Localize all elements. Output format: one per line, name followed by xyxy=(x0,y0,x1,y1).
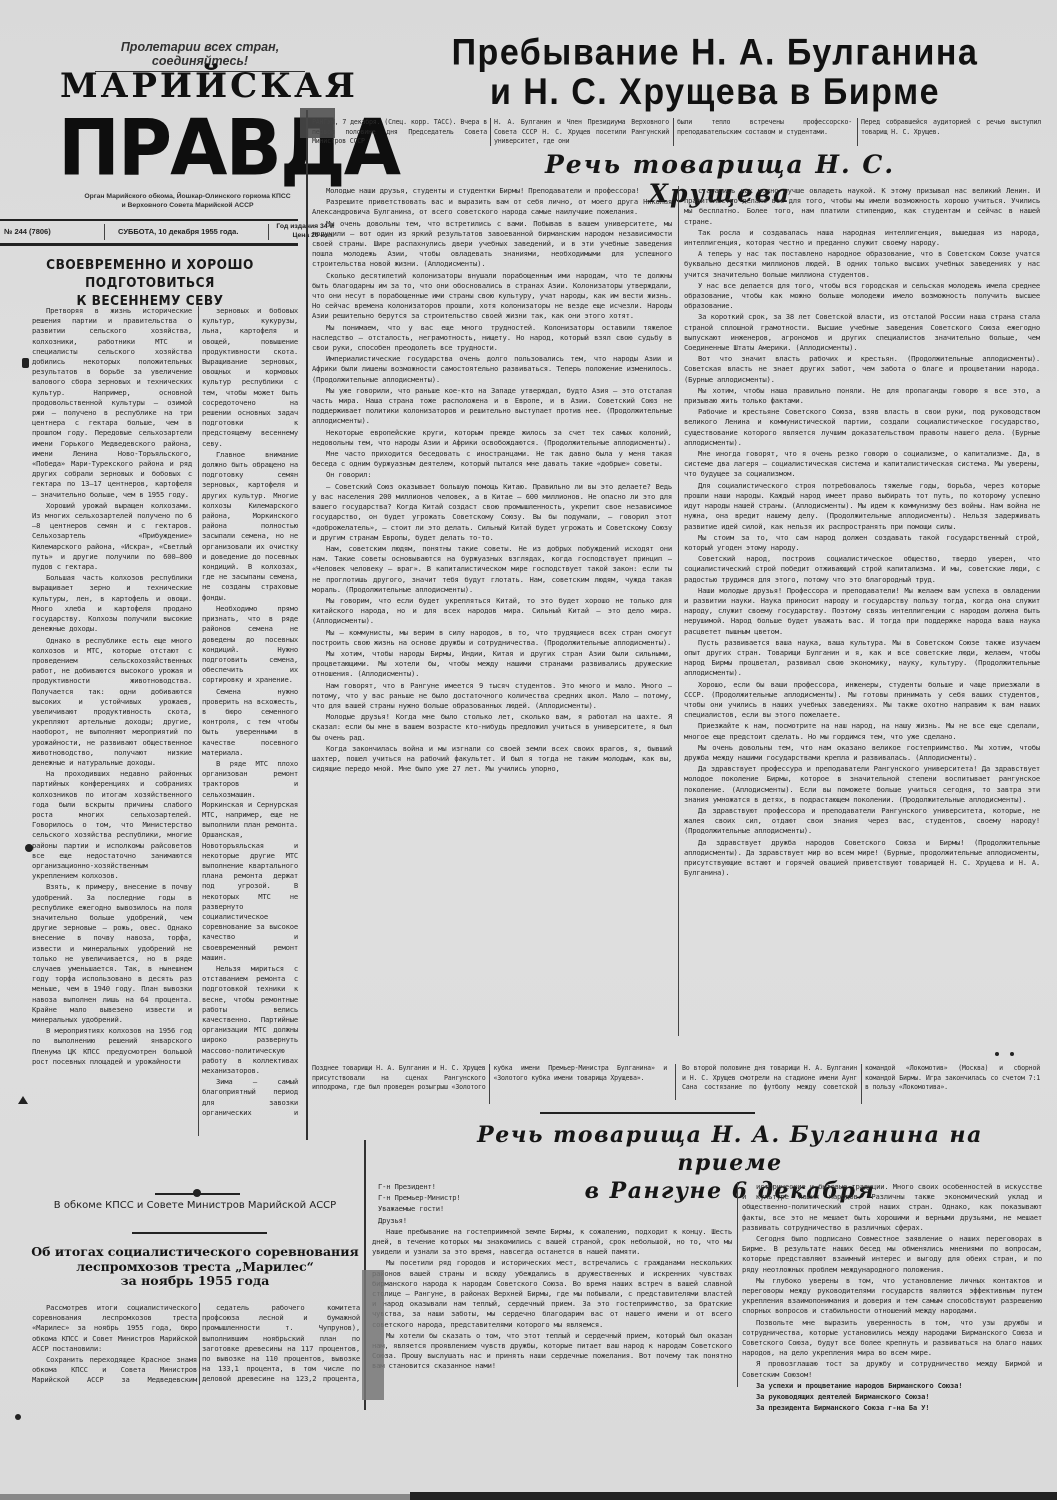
paragraph: Наши молодые друзья! Профессора и препод… xyxy=(684,586,1040,637)
trest-headline-line1: Об итогах социалистического соревнования xyxy=(30,1245,360,1260)
column-rule xyxy=(857,118,858,146)
paragraph: Семена нужно проверить на всхожесть, в б… xyxy=(202,687,298,758)
paragraph: Г-н Премьер-Министр! xyxy=(372,1193,732,1203)
scan-speck xyxy=(25,844,33,852)
divider xyxy=(268,224,269,240)
paragraph: Взять, к примеру, внесение в почву удобр… xyxy=(32,882,192,1025)
paragraph: Молодые наши друзья, студенты и студентк… xyxy=(312,186,672,196)
paragraph: Нам говорят, что в Рангуне имеется 9 тыс… xyxy=(312,681,672,712)
paragraph: Рассмотрев итоги социалистического сорев… xyxy=(32,1303,197,1354)
scan-artifact xyxy=(300,108,335,138)
paragraph: Советский народ, построив социалистическ… xyxy=(684,554,1040,585)
paragraph: Наше пребывание на гостеприимной земле Б… xyxy=(372,1227,732,1258)
page-bottom-edge xyxy=(0,1494,410,1500)
column-rule xyxy=(673,118,674,146)
paragraph: Мне иногда говорят, что я очень резко го… xyxy=(684,449,1040,480)
paragraph: Нам, советским людям, понятны такие сове… xyxy=(312,544,672,595)
paragraph: Уважаемые гости! xyxy=(372,1204,732,1214)
paragraph: Он говорил: xyxy=(312,470,672,480)
column-rule xyxy=(490,118,491,146)
separator-dot xyxy=(1010,1052,1014,1056)
khrushchev-speech-column-2: старались как можно лучше овладеть науко… xyxy=(684,186,1040,1034)
paragraph: Позвольте мне выразить уверенность в том… xyxy=(742,1318,1042,1359)
paragraph: Мы очень довольны тем, что встретились с… xyxy=(312,219,672,270)
paragraph: Да здравствует профессура и преподавател… xyxy=(684,764,1040,805)
paragraph: Мы посетили ряд городов и исторических м… xyxy=(372,1258,732,1329)
paragraph: За короткий срок, за 38 лет Советской вл… xyxy=(684,312,1040,353)
scan-speck xyxy=(18,1096,28,1104)
paragraph: — Советский Союз оказывает большую помощ… xyxy=(312,482,672,543)
paragraph: Мы глубоко уверены в том, что установлен… xyxy=(742,1276,1042,1317)
paragraph: Когда закончилась война и мы изгнали со … xyxy=(312,744,672,775)
paragraph: Однако в республике есть еще много колхо… xyxy=(32,636,192,769)
section-rule xyxy=(540,1112,755,1114)
bulganin-speech-column-2: исторические и бытовые традиции. Много с… xyxy=(742,1182,1042,1412)
obkom-section-title: В обкоме КПСС и Совете Министров Марийск… xyxy=(30,1200,360,1211)
paragraph: Необходимо прямо признать, что в ряде ра… xyxy=(202,604,298,686)
organ-line1: Орган Марийского обкома, Йошкар-Олинског… xyxy=(60,192,315,201)
paragraph: Вот что значит власть рабочих и крестьян… xyxy=(684,354,1040,385)
issue-date: СУББОТА, 10 декабря 1955 года. xyxy=(118,227,238,236)
paragraph: За руководящих деятелей Бирманского Союз… xyxy=(742,1392,1042,1402)
paragraph: зерновых и бобовых культур, кукурузы, ль… xyxy=(202,306,298,449)
editorial-headline-line1: СВОЕВРЕМЕННО И ХОРОШО ПОДГОТОВИТЬСЯ xyxy=(0,256,300,292)
paragraph: В мероприятиях колхозов на 1956 год по в… xyxy=(32,1026,192,1067)
paragraph: Мы хотели бы сказать о том, что этот теп… xyxy=(372,1331,732,1372)
masthead-title-line1: МАРИЙСКАЯ xyxy=(60,66,315,106)
column-rule xyxy=(737,1182,738,1387)
paragraph: Мы очень довольны тем, что нам оказано в… xyxy=(684,743,1040,763)
issue-number: № 244 (7806) xyxy=(4,227,51,236)
paragraph: Хорошо, если бы ваши профессора, инженер… xyxy=(684,680,1040,721)
paragraph: Большая часть колхозов республики выращи… xyxy=(32,573,192,634)
issue-info-bar: № 244 (7806) СУББОТА, 10 декабря 1955 го… xyxy=(0,219,298,246)
paragraph: Рабочие и крестьяне Советского Союза, вз… xyxy=(684,407,1040,448)
intro-column-1: РАНГУН, 7 декабря. (Спец. корр. ТАСС). В… xyxy=(312,118,487,148)
page-column-divider xyxy=(306,110,308,1140)
paragraph: На проходивших недавно районных партийны… xyxy=(32,769,192,881)
paragraph: Мы хотим, чтобы народы Бирмы, Индии, Кит… xyxy=(312,649,672,680)
scan-speck xyxy=(22,358,29,368)
intro-column-3: были тепло встречены профессорско-препод… xyxy=(677,118,852,148)
trest-headline-line2: леспромхозов треста „Марилес“ xyxy=(30,1260,360,1275)
editorial-headline: СВОЕВРЕМЕННО И ХОРОШО ПОДГОТОВИТЬСЯ К ВЕ… xyxy=(0,256,300,310)
paragraph: Пусть развивается ваша наука, ваша культ… xyxy=(684,638,1040,679)
column-rule xyxy=(678,186,679,1036)
paragraph: Хороший урожай выращен колхозами. Из мно… xyxy=(32,501,192,572)
scan-artifact xyxy=(362,1270,384,1400)
paragraph: Нельзя мириться с отставанием ремонта с … xyxy=(202,964,298,1076)
paragraph: Зима — самый благоприятный период для за… xyxy=(202,1077,298,1116)
paragraph: Сегодня было подписано Совместное заявле… xyxy=(742,1234,1042,1275)
main-headline: Пребывание Н. А. Булганина и Н. С. Хруще… xyxy=(410,32,1020,111)
paragraph: За президента Бирманского Союза г-на Ба … xyxy=(742,1403,1042,1412)
football-note-column-1: Позднее товарищи Н. А. Булганин и Н. С. … xyxy=(312,1064,667,1104)
column-rule xyxy=(199,1303,200,1385)
editorial-column-2: зерновых и бобовых культур, кукурузы, ль… xyxy=(202,306,298,1116)
paragraph: Приезжайте к нам, посмотрите на наш наро… xyxy=(684,721,1040,741)
paragraph: Молодые друзья! Когда мне было столько л… xyxy=(312,712,672,743)
paragraph: Мне часто приходится беседовать с иностр… xyxy=(312,449,672,469)
separator-dot xyxy=(995,1052,999,1056)
paragraph: У нас все делается для того, чтобы вся г… xyxy=(684,281,1040,312)
paragraph: Мы уже говорили, что раньше кое-кто на З… xyxy=(312,386,672,427)
paragraph: Империалистические государства очень дол… xyxy=(312,354,672,385)
divider xyxy=(104,224,105,240)
paragraph: Сколько десятилетий колонизаторы внушали… xyxy=(312,271,672,322)
bulganin-speech-column-1: Г-н Президент!Г-н Премьер-Министр!Уважае… xyxy=(372,1182,732,1412)
paragraph: В ряде МТС плохо организован ремонт трак… xyxy=(202,759,298,963)
paragraph: Мы — коммунисты, мы верим в силу народов… xyxy=(312,628,672,648)
editorial-column-1: Претворяя в жизнь исторические решения п… xyxy=(32,306,192,1071)
main-headline-line2: и Н. С. Хрущева в Бирме xyxy=(410,72,1020,112)
intro-column-4: Перед собравшейся аудиторией с речью выс… xyxy=(861,118,1041,148)
paragraph: седатель рабочего комитета профсоюза лес… xyxy=(202,1303,360,1385)
football-note-column-2: Во второй половине дня товарищи Н. А. Бу… xyxy=(682,1064,1040,1104)
paragraph: Мы стоим за то, что сам народ должен соз… xyxy=(684,533,1040,553)
paragraph: Мы понимаем, что у вас еще много труднос… xyxy=(312,323,672,354)
paragraph: А теперь у нас так поставлено народное о… xyxy=(684,249,1040,280)
paragraph: Сохранить переходящее Красное знамя обко… xyxy=(32,1355,197,1385)
paragraph: Мы говорим, что если будет укрепляться К… xyxy=(312,596,672,627)
trest-headline: Об итогах социалистического соревнования… xyxy=(30,1245,360,1289)
column-rule xyxy=(675,1064,676,1100)
paragraph: Г-н Президент! xyxy=(372,1182,732,1192)
paragraph: Так росла и создавалась наша народная ин… xyxy=(684,228,1040,248)
scan-speck xyxy=(15,1414,21,1420)
section-rule xyxy=(132,1232,267,1234)
obkom-column-2: седатель рабочего комитета профсоюза лес… xyxy=(202,1303,360,1385)
obkom-column-1: Рассмотрев итоги социалистического сорев… xyxy=(32,1303,197,1385)
newspaper-page: Пролетарии всех стран, соединяйтесь! МАР… xyxy=(0,0,1057,1500)
paragraph: Некоторые европейские круги, которым пре… xyxy=(312,428,672,448)
organ-line2: и Верховного Совета Марийской АССР xyxy=(60,201,315,210)
paragraph: Да здравствует дружба народов Советского… xyxy=(684,838,1040,879)
bulganin-headline-line1: Речь товарища Н. А. Булганина на приеме xyxy=(430,1121,1030,1177)
paragraph: Я провозглашаю тост за дружбу и сотрудни… xyxy=(742,1359,1042,1379)
ornament-dot xyxy=(193,1189,201,1197)
page-bottom-edge xyxy=(410,1492,1057,1500)
paragraph: старались как можно лучше овладеть науко… xyxy=(684,186,1040,227)
khrushchev-speech-column-1: Молодые наши друзья, студенты и студентк… xyxy=(312,186,672,1038)
paragraph: Да здравствуют профессора и преподавател… xyxy=(684,806,1040,837)
paragraph: Мы хотим, чтобы наша правильно поняли. Н… xyxy=(684,386,1040,406)
intro-column-2: Н. А. Булганин и Член Президиума Верховн… xyxy=(494,118,669,148)
paragraph: Друзья! xyxy=(372,1216,732,1226)
main-headline-line1: Пребывание Н. А. Булганина xyxy=(410,32,1020,72)
masthead-organ-line: Орган Марийского обкома, Йошкар-Олинског… xyxy=(60,192,315,210)
column-rule xyxy=(198,306,199,1136)
paragraph: Главное внимание должно быть обращено на… xyxy=(202,450,298,603)
masthead-title-line2: ПРАВДА xyxy=(58,106,316,190)
paragraph: Разрешите приветствовать вас и выразить … xyxy=(312,197,672,217)
paragraph: исторические и бытовые традиции. Много с… xyxy=(742,1182,1042,1233)
paragraph: Для социалистического строя потребовалос… xyxy=(684,481,1040,532)
paragraph: Претворяя в жизнь исторические решения п… xyxy=(32,306,192,500)
trest-headline-line3: за ноябрь 1955 года xyxy=(30,1274,360,1289)
paragraph: За успехи и процветание народов Бирманск… xyxy=(742,1381,1042,1391)
